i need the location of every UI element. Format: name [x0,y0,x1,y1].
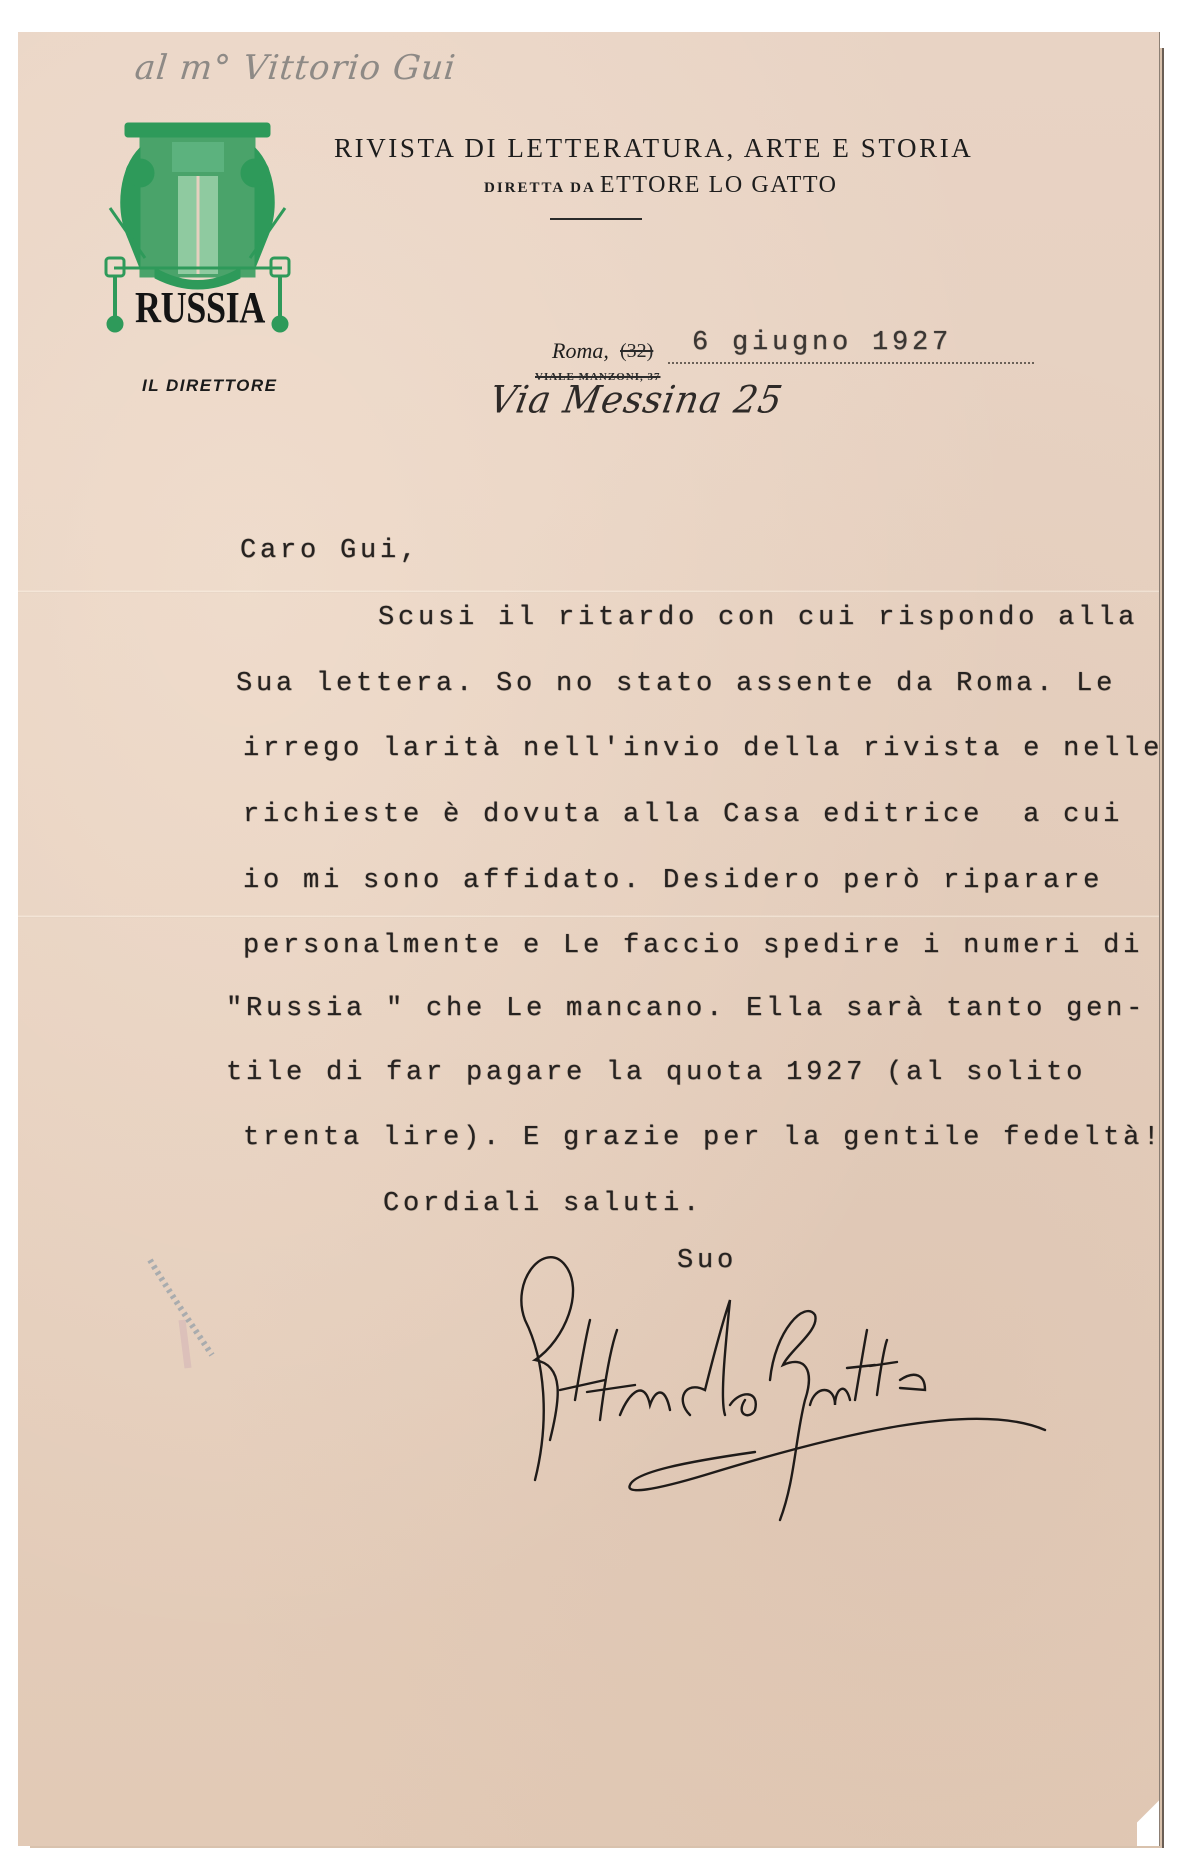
logo-wordmark: RUSSIA [135,282,265,333]
body-line: irrego larità nell'invio della rivista e… [243,734,1163,764]
struck-house-number: (32) [620,340,653,363]
masthead-title: RIVISTA DI LETTERATURA, ARTE E STORIA [334,133,973,164]
closing: Cordiali saluti. [383,1189,703,1219]
directed-by-label: DIRETTA DA [484,180,596,196]
paper-fold-line [18,590,1159,593]
body-line: tile di far pagare la quota 1927 (al sol… [226,1058,1086,1088]
role-label: IL DIRETTORE [142,376,277,396]
body-line: Sua lettera. So no stato assente da Roma… [236,669,1116,699]
director-name: ETTORE LO GATTO [600,172,838,198]
body-line: richieste è dovuta alla Casa editrice a … [243,800,1123,830]
paper-fold-line [18,915,1159,918]
signature-icon [505,1240,1145,1550]
typed-date: 6 giugno 1927 [692,328,952,358]
date-dotted-line [668,362,1034,364]
masthead-director-line: DIRETTA DA ETTORE LO GATTO [484,172,838,199]
body-line: "Russia " che Le mancano. Ella sarà tant… [226,994,1146,1024]
body-line: trenta lire). E grazie per la gentile fe… [243,1123,1163,1153]
salutation: Caro Gui, [240,536,420,566]
body-line: io mi sono affidato. Desidero però ripar… [243,866,1103,896]
body-line: personalmente e Le faccio spedire i nume… [243,931,1143,961]
handwritten-address: Via Messina 25 [486,379,786,422]
pencil-dedication-note: al m° Vittorio Gui [133,48,458,88]
masthead-divider [550,218,642,220]
dateline-city: Roma, [552,338,609,364]
ink-stain-mark [140,1250,230,1370]
body-line: Scusi il ritardo con cui rispondo alla [378,603,1138,633]
